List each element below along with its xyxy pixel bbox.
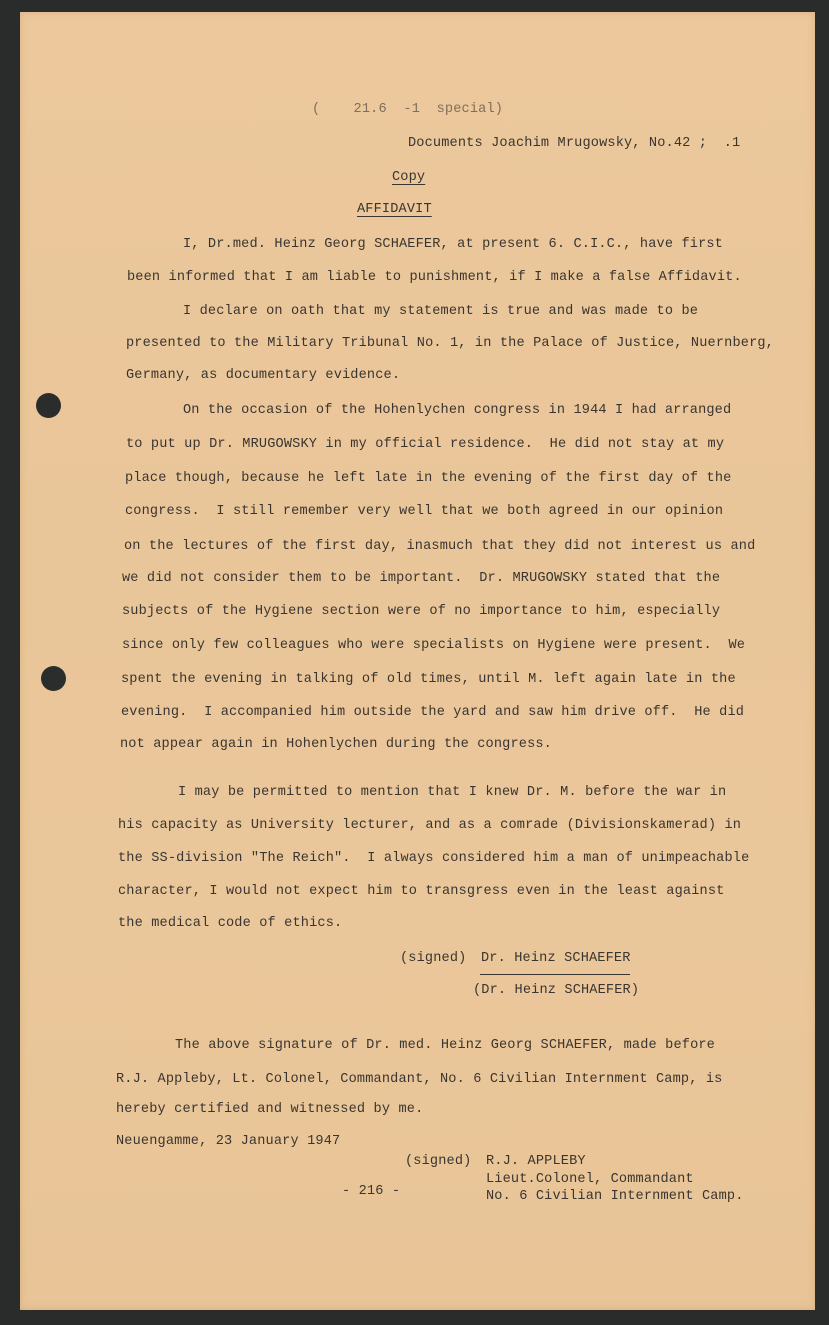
body-line: spent the evening in talking of old time… (121, 672, 736, 687)
body-line: On the occasion of the Hohenlychen congr… (183, 403, 731, 418)
body-line: Germany, as documentary evidence. (126, 368, 400, 383)
body-line: character, I would not expect him to tra… (118, 884, 724, 899)
punch-hole-bottom (41, 666, 66, 691)
copy-label: Copy (392, 170, 425, 185)
signed-name: Dr. Heinz SCHAEFER (481, 951, 631, 966)
document-title: AFFIDAVIT (357, 202, 432, 217)
body-line: not appear again in Hohenlychen during t… (120, 737, 552, 752)
witness-unit: No. 6 Civilian Internment Camp. (486, 1189, 744, 1204)
certification-line: The above signature of Dr. med. Heinz Ge… (175, 1038, 715, 1053)
body-line: I may be permitted to mention that I kne… (178, 785, 726, 800)
place-date: Neuengamme, 23 January 1947 (116, 1134, 340, 1149)
archive-stamp: ( 21.6 -1 special) (312, 102, 503, 117)
signed-label: (signed) (400, 951, 466, 966)
body-line: since only few colleagues who were speci… (122, 638, 745, 653)
body-line: the SS-division "The Reich". I always co… (118, 851, 749, 866)
body-line: I, Dr.med. Heinz Georg SCHAEFER, at pres… (183, 237, 723, 252)
body-line: on the lectures of the first day, inasmu… (124, 539, 755, 554)
body-line: place though, because he left late in th… (125, 471, 731, 486)
body-line: the medical code of ethics. (118, 916, 342, 931)
body-line: congress. I still remember very well tha… (125, 504, 723, 519)
document-reference: Documents Joachim Mrugowsky, No.42 ; .1 (408, 136, 740, 151)
typed-name: (Dr. Heinz SCHAEFER) (473, 983, 639, 998)
punch-hole-top (36, 393, 61, 418)
certification-line: hereby certified and witnessed by me. (116, 1102, 423, 1117)
signature-line (480, 974, 630, 975)
body-line: his capacity as University lecturer, and… (118, 818, 741, 833)
body-line: subjects of the Hygiene section were of … (122, 604, 720, 619)
witness-rank: Lieut.Colonel, Commandant (486, 1172, 694, 1187)
body-line: I declare on oath that my statement is t… (183, 304, 698, 319)
certification-line: R.J. Appleby, Lt. Colonel, Commandant, N… (116, 1072, 722, 1087)
body-line: we did not consider them to be important… (122, 571, 720, 586)
body-line: evening. I accompanied him outside the y… (121, 705, 744, 720)
body-line: presented to the Military Tribunal No. 1… (126, 336, 774, 351)
body-line: been informed that I am liable to punish… (127, 270, 742, 285)
witness-name: R.J. APPLEBY (486, 1154, 586, 1169)
witness-signed-label: (signed) (405, 1154, 471, 1169)
page-number: - 216 - (342, 1184, 400, 1199)
body-line: to put up Dr. MRUGOWSKY in my official r… (126, 437, 724, 452)
